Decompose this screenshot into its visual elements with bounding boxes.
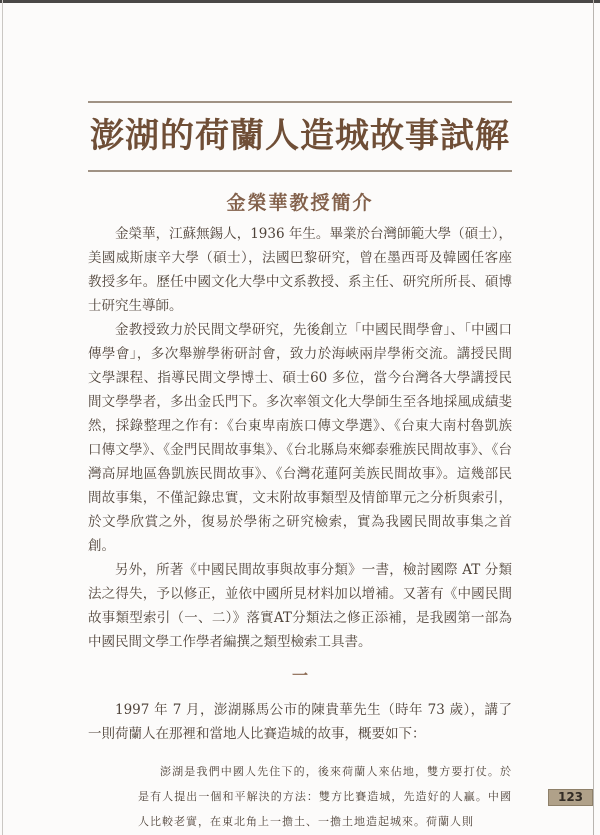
title-block: 澎湖的荷蘭人造城故事試解 — [88, 101, 512, 172]
section-heading: 金榮華教授簡介 — [88, 190, 512, 216]
page-number-badge: 123 — [548, 789, 593, 806]
section-divider: 一 — [88, 664, 512, 688]
scanned-book-page: 澎湖的荷蘭人造城故事試解 金榮華教授簡介 金榮華，江蘇無錫人，1936 年生。畢… — [0, 0, 600, 835]
scan-edge-top — [0, 0, 600, 3]
article-title: 澎湖的荷蘭人造城故事試解 — [88, 112, 512, 160]
title-rule-top — [88, 101, 512, 103]
story-intro-paragraph: 1997 年 7 月，澎湖縣馬公市的陳貴華先生（時年 73 歲），講了一則荷蘭人… — [88, 698, 512, 746]
page-content: 澎湖的荷蘭人造城故事試解 金榮華教授簡介 金榮華，江蘇無錫人，1936 年生。畢… — [88, 101, 512, 834]
title-rule-bottom — [88, 170, 512, 172]
story-quote: 澎湖是我們中國人先住下的，後來荷蘭人來佔地，雙方要打仗。於是有人提出一個和平解決… — [138, 759, 512, 834]
scan-edge-right — [593, 0, 594, 835]
scan-edge-left — [2, 0, 3, 835]
bio-paragraph-3: 另外，所著《中國民間故事與故事分類》一書，檢討國際 AT 分類法之得失，予以修正… — [88, 558, 512, 654]
page-number: 123 — [558, 790, 583, 804]
bio-paragraph-2: 金教授致力於民間文學研究，先後創立「中國民間學會」、「中國口傳學會」，多次舉辦學… — [88, 318, 512, 558]
bio-paragraph-1: 金榮華，江蘇無錫人，1936 年生。畢業於台灣師範大學（碩士），美國威斯康辛大學… — [88, 222, 512, 318]
